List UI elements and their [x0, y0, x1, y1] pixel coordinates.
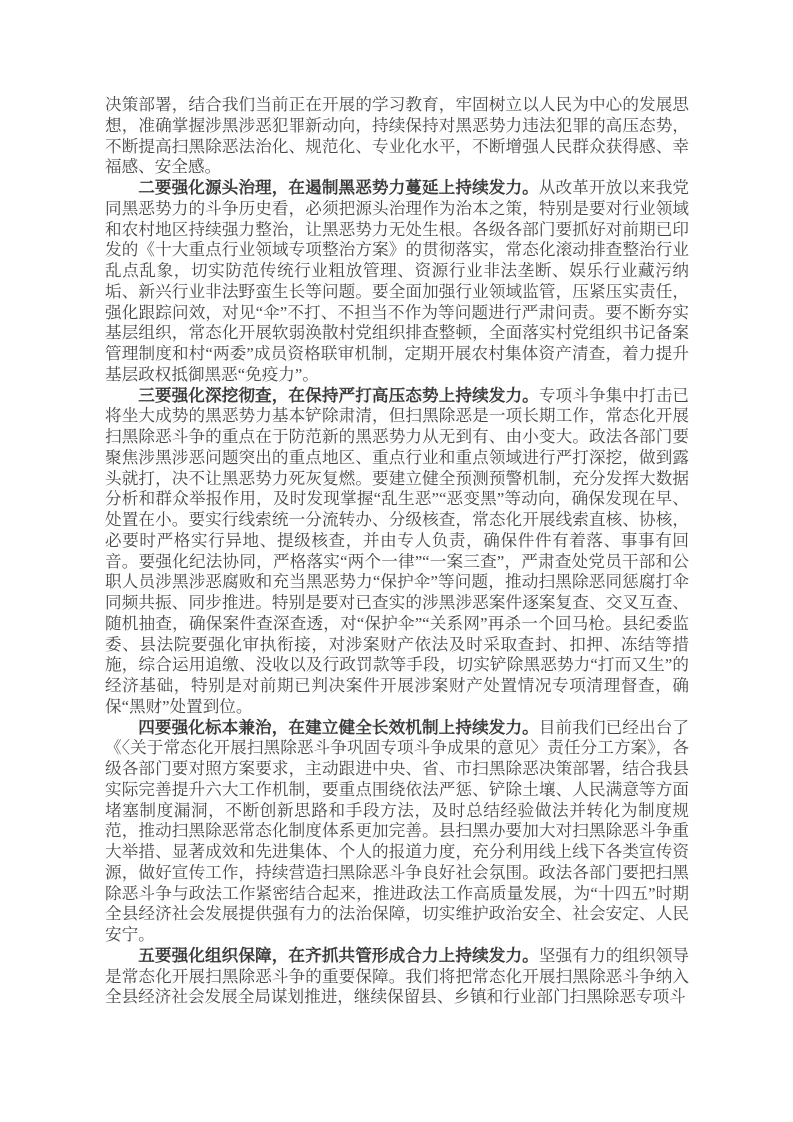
paragraph-2-body-text: 从改革开放以来我党同黑恶势力的斗争历史看，必须把源头治理作为治本之策，特别是要对… [105, 178, 689, 384]
paragraph-3: 三要强化深挖彻查，在保持严打高压态势上持续发力。专项斗争集中打击已将坐大成势的黑… [105, 386, 689, 718]
paragraph-5-bold-lead: 五要强化组织保障，在齐抓共管形成合力上持续发力。 [138, 946, 539, 965]
paragraph-3-bold-lead: 三要强化深挖彻查，在保持严打高压态势上持续发力。 [138, 386, 539, 405]
document-text: 决策部署，结合我们当前正在开展的学习教育，牢固树立以人民为中心的发展思想，准确掌… [105, 95, 689, 1008]
document-page: 决策部署，结合我们当前正在开展的学习教育，牢固树立以人民为中心的发展思想，准确掌… [0, 0, 793, 1122]
paragraph-2: 二要强化源头治理，在遏制黑恶势力蔓延上持续发力。从改革开放以来我党同黑恶势力的斗… [105, 178, 689, 386]
paragraph-4: 四要强化标本兼治，在建立健全长效机制上持续发力。目前我们已经出台了《〈关于常态化… [105, 718, 689, 946]
paragraph-4-body-text: 目前我们已经出台了《〈关于常态化开展扫黑除恶斗争巩固专项斗争成果的意见〉责任分工… [105, 718, 689, 945]
paragraph-1: 决策部署，结合我们当前正在开展的学习教育，牢固树立以人民为中心的发展思想，准确掌… [105, 95, 689, 178]
paragraph-5: 五要强化组织保障，在齐抓共管形成合力上持续发力。坚强有力的组织领导是常态化开展扫… [105, 946, 689, 1008]
paragraph-2-bold-lead: 二要强化源头治理，在遏制黑恶势力蔓延上持续发力。 [138, 178, 539, 197]
paragraph-3-body-text: 专项斗争集中打击已将坐大成势的黑恶势力基本铲除肃清，但扫黑除恶是一项长期工作，常… [105, 386, 689, 716]
paragraph-4-bold-lead: 四要强化标本兼治，在建立健全长效机制上持续发力。 [138, 718, 539, 737]
paragraph-1-body-text: 决策部署，结合我们当前正在开展的学习教育，牢固树立以人民为中心的发展思想，准确掌… [105, 95, 689, 176]
